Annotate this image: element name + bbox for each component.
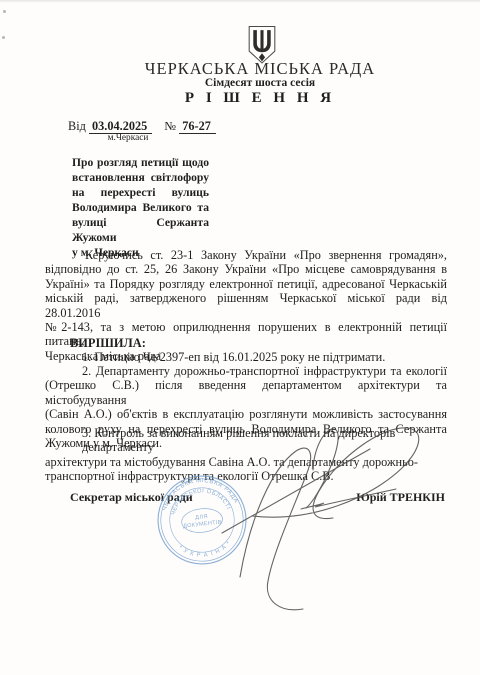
preamble-line: Керуючись ст. 23-1 Закону України «Про з… — [45, 248, 447, 262]
resolution-line: (Отрешко С.В.) після введення департамен… — [45, 378, 447, 407]
subject-line: Володимира Великого та — [72, 200, 209, 215]
scan-speck — [2, 36, 5, 39]
resolution-item-3: 3. Контроль за виконанням рішення поклас… — [45, 426, 447, 484]
stamp-ring-bottom-text: * У К Р А Ї Н А * — [177, 540, 234, 562]
stamp-center-line1: ДЛЯ — [195, 514, 208, 521]
resolution-line: архітектури та містобудування Савіна А.О… — [45, 455, 447, 469]
organization-name: ЧЕРКАСЬКА МІСЬКА РАДА — [40, 59, 480, 79]
preamble-line: відповідно до ст. 25, 26 Закону України … — [45, 262, 447, 276]
preamble-line: міській раді, затвердженого рішенням Чер… — [45, 291, 447, 320]
resolution-line: 1. Петицію Че/2397-еп від 16.01.2025 рок… — [45, 350, 447, 364]
subject-line: встановлення світлофору — [72, 170, 209, 185]
document-type-title: Р І Ш Е Н Н Я — [40, 90, 480, 107]
city-label: м.Черкаси — [68, 133, 188, 143]
document-date: 03.04.2025 — [89, 119, 152, 134]
scan-speck — [3, 10, 6, 13]
number-sign: № — [164, 119, 176, 133]
resolution-line: 2. Департаменту дорожньо-транспортної ін… — [45, 364, 447, 378]
resolution-line: транспортної інфраструктури та екології … — [45, 469, 447, 483]
session-title: Сімдесят шоста сесія — [40, 77, 480, 89]
date-prefix-label: Від — [68, 119, 86, 133]
document-number: 76-27 — [179, 119, 216, 134]
resolution-line: 3. Контроль за виконанням рішення поклас… — [45, 426, 447, 455]
resolution-line: (Савін А.О.) об'єктів в експлуатацію роз… — [45, 407, 447, 421]
subject-block: Про розгляд петиції щодо встановлення св… — [72, 155, 209, 260]
round-blue-seal-icon: ЧЕРКАСЬКА МІСЬКА РАДА ЧЕРКАСЬКОЇ ОБЛАСТІ… — [151, 469, 252, 570]
subject-line: на перехресті вулиць — [72, 185, 209, 200]
date-number-row: Від 03.04.2025 № 76-27 — [68, 119, 216, 134]
resolution-heading: ВИРІШИЛА: — [70, 336, 146, 351]
resolution-item-1: 1. Петицію Че/2397-еп від 16.01.2025 рок… — [45, 350, 447, 364]
signer-name: Юрій ТРЕНКІН — [356, 490, 445, 505]
preamble-line: Україні» та Порядку розгляду електронної… — [45, 277, 447, 291]
svg-text:* У К Р А Ї Н А *: * У К Р А Ї Н А * — [177, 540, 234, 562]
subject-line: Про розгляд петиції щодо — [72, 155, 209, 170]
subject-line: вулиці Сержанта Жужоми — [72, 215, 209, 245]
scanned-decision-document: ЧЕРКАСЬКА МІСЬКА РАДА Сімдесят шоста сес… — [0, 0, 480, 675]
